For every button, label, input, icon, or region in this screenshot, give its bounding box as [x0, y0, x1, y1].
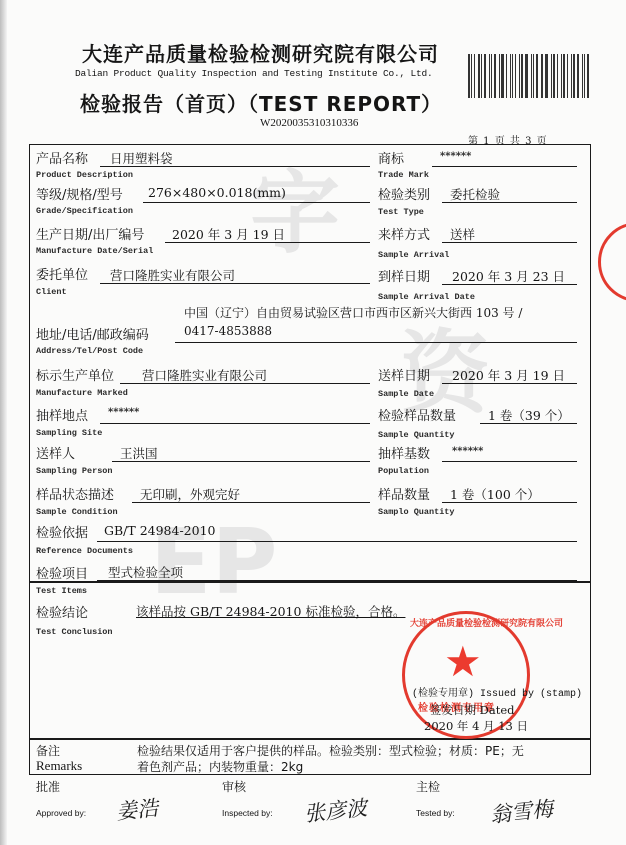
remarks-line-1: 检验结果仅适用于客户提供的样品。检验类别：型式检验；材质：PE；无	[137, 742, 524, 759]
client-label-en: Client	[36, 287, 67, 297]
test-type-value: 委托检验	[450, 185, 500, 203]
inspected-signature: 张彦波	[303, 792, 369, 828]
client-label: 委托单位	[36, 264, 88, 283]
sample-arrival-label: 来样方式	[378, 224, 430, 243]
product-name-label: 产品名称	[36, 148, 88, 167]
remarks-line-2: 着色剂产品；内装物重量：2kg	[137, 758, 303, 775]
product-name-label-en: Product Description	[36, 170, 133, 180]
institute-name-en: Dalian Product Quality Inspection and Te…	[75, 68, 433, 79]
dated-label: 签发日期 Dated	[430, 702, 515, 718]
underline	[480, 423, 577, 424]
issued-by-label: (检验专用章) Issued by (stamp)	[412, 684, 582, 700]
population-value: ******	[452, 446, 483, 457]
remarks-label: 备注	[36, 742, 60, 759]
institute-name-cn: 大连产品质量检验检测研究院有限公司	[82, 38, 439, 67]
underline	[442, 242, 577, 243]
underline	[100, 283, 370, 284]
underline	[97, 541, 577, 542]
population-label-en: Population	[378, 466, 429, 476]
underline	[120, 383, 370, 384]
test-items-value: 型式检验全项	[108, 563, 183, 581]
issue-date: 2020 年 4 月 13 日	[424, 718, 528, 734]
report-number: W2020035310310336	[260, 117, 358, 129]
sample-condition-label-en: Sample Condition	[36, 507, 118, 517]
test-type-label: 检验类别	[378, 184, 430, 203]
manufacture-date-label: 生产日期/出厂编号	[36, 224, 144, 243]
sample-condition-label: 样品状态描述	[36, 484, 114, 503]
underline	[132, 502, 370, 503]
underline	[442, 502, 577, 503]
manufacture-date-label-en: Manufacture Date/Serial	[36, 246, 153, 256]
approved-label: 批准	[36, 778, 60, 795]
address-value-line2: 0417-4853888	[184, 324, 272, 338]
test-sample-qty-label: 检验样品数量	[378, 405, 456, 424]
test-sample-qty-label-en: Sample Quantity	[378, 430, 455, 440]
sample-qty-label: 样品数量	[378, 484, 430, 503]
inspected-label: 审核	[222, 778, 246, 795]
sample-arrival-label-en: Sample Arrival	[378, 250, 449, 260]
reference-value: GB/T 24984-2010	[104, 523, 216, 538]
conclusion-value: 该样品按 GB/T 24984-2010 标准检验，合格。	[136, 602, 405, 620]
manufacturer-value: 营口隆胜实业有限公司	[142, 366, 267, 384]
test-items-label-en: Test Items	[36, 586, 87, 596]
product-name-value: 日用塑料袋	[110, 149, 173, 167]
underline	[165, 242, 370, 243]
sampling-person-label: 送样人	[36, 443, 75, 462]
inspected-label-en: Inspected by:	[222, 808, 273, 818]
underline	[175, 342, 577, 343]
sample-qty-label-en: Samplo Quantity	[378, 507, 455, 517]
trade-mark-label: 商标	[378, 148, 404, 167]
address-label-en: Address/Tel/Post Code	[36, 346, 143, 356]
reference-label-en: Reference Documents	[36, 546, 133, 556]
underline	[442, 202, 577, 203]
test-sample-qty-value: 1 卷（39 个）	[488, 406, 570, 424]
grade-spec-value: 276×480×0.018(mm)	[148, 185, 286, 200]
scan-edge-shadow	[0, 0, 7, 845]
conclusion-label: 检验结论	[36, 602, 88, 621]
manufacturer-label-en: Manufacture Marked	[36, 388, 128, 398]
barcode	[468, 54, 592, 98]
tested-label-en: Tested by:	[416, 808, 455, 818]
underline	[432, 166, 577, 167]
grade-spec-label-en: Grade/Specification	[36, 206, 133, 216]
grade-spec-label: 等级/规格/型号	[36, 184, 123, 203]
sampling-site-value: ******	[108, 407, 139, 418]
remarks-label-en: Remarks	[36, 758, 82, 774]
sample-arrival-value: 送样	[450, 225, 475, 243]
report-title: 检验报告（首页）（TEST REPORT）	[80, 88, 442, 117]
test-type-label-en: Test Type	[378, 207, 424, 217]
underline	[442, 383, 577, 384]
underline	[97, 580, 577, 581]
underline	[442, 461, 577, 462]
address-value-line1: 中国（辽宁）自由贸易试验区营口市西市区新兴大街西 103 号 /	[184, 304, 522, 321]
test-items-label: 检验项目	[36, 563, 88, 582]
approved-signature: 姜浩	[115, 792, 160, 826]
underline	[112, 461, 370, 462]
stamp-ring-text: 大连产品质量检验检测研究院有限公司	[410, 616, 563, 629]
trade-mark-value: ******	[440, 151, 471, 162]
sampling-site-label: 抽样地点	[36, 405, 88, 424]
arrival-date-label-en: Sample Arrival Date	[378, 292, 475, 302]
seam-stamp	[598, 222, 626, 302]
client-value: 营口隆胜实业有限公司	[110, 266, 235, 284]
stamp-star-icon: ★	[444, 641, 482, 683]
reference-label: 检验依据	[36, 522, 88, 541]
underline	[100, 166, 370, 167]
sample-date-label-en: Sample Date	[378, 389, 434, 399]
population-label: 抽样基数	[378, 443, 430, 462]
conclusion-label-en: Test Conclusion	[36, 627, 113, 637]
section-divider	[29, 738, 591, 740]
arrival-date-value: 2020 年 3 月 23 日	[452, 267, 565, 285]
arrival-date-label: 到样日期	[378, 266, 430, 285]
underline	[143, 202, 370, 203]
manufacturer-label: 标示生产单位	[36, 365, 114, 384]
sample-condition-value: 无印刷，外观完好	[140, 485, 240, 503]
tested-label: 主检	[416, 778, 440, 795]
approved-label-en: Approved by:	[36, 808, 86, 818]
sampling-person-value: 王洪国	[120, 444, 158, 462]
manufacture-date-value: 2020 年 3 月 19 日	[172, 225, 285, 243]
sample-qty-value: 1 卷（100 个）	[450, 485, 540, 503]
sampling-person-label-en: Sampling Person	[36, 466, 113, 476]
sample-date-value: 2020 年 3 月 19 日	[452, 366, 565, 384]
sample-date-label: 送样日期	[378, 365, 430, 384]
address-label: 地址/电话/邮政编码	[36, 324, 149, 343]
sampling-site-label-en: Sampling Site	[36, 428, 102, 438]
trade-mark-label-en: Trade Mark	[378, 170, 429, 180]
underline	[442, 284, 577, 285]
underline	[100, 423, 370, 424]
tested-signature: 翁雪梅	[489, 793, 555, 829]
